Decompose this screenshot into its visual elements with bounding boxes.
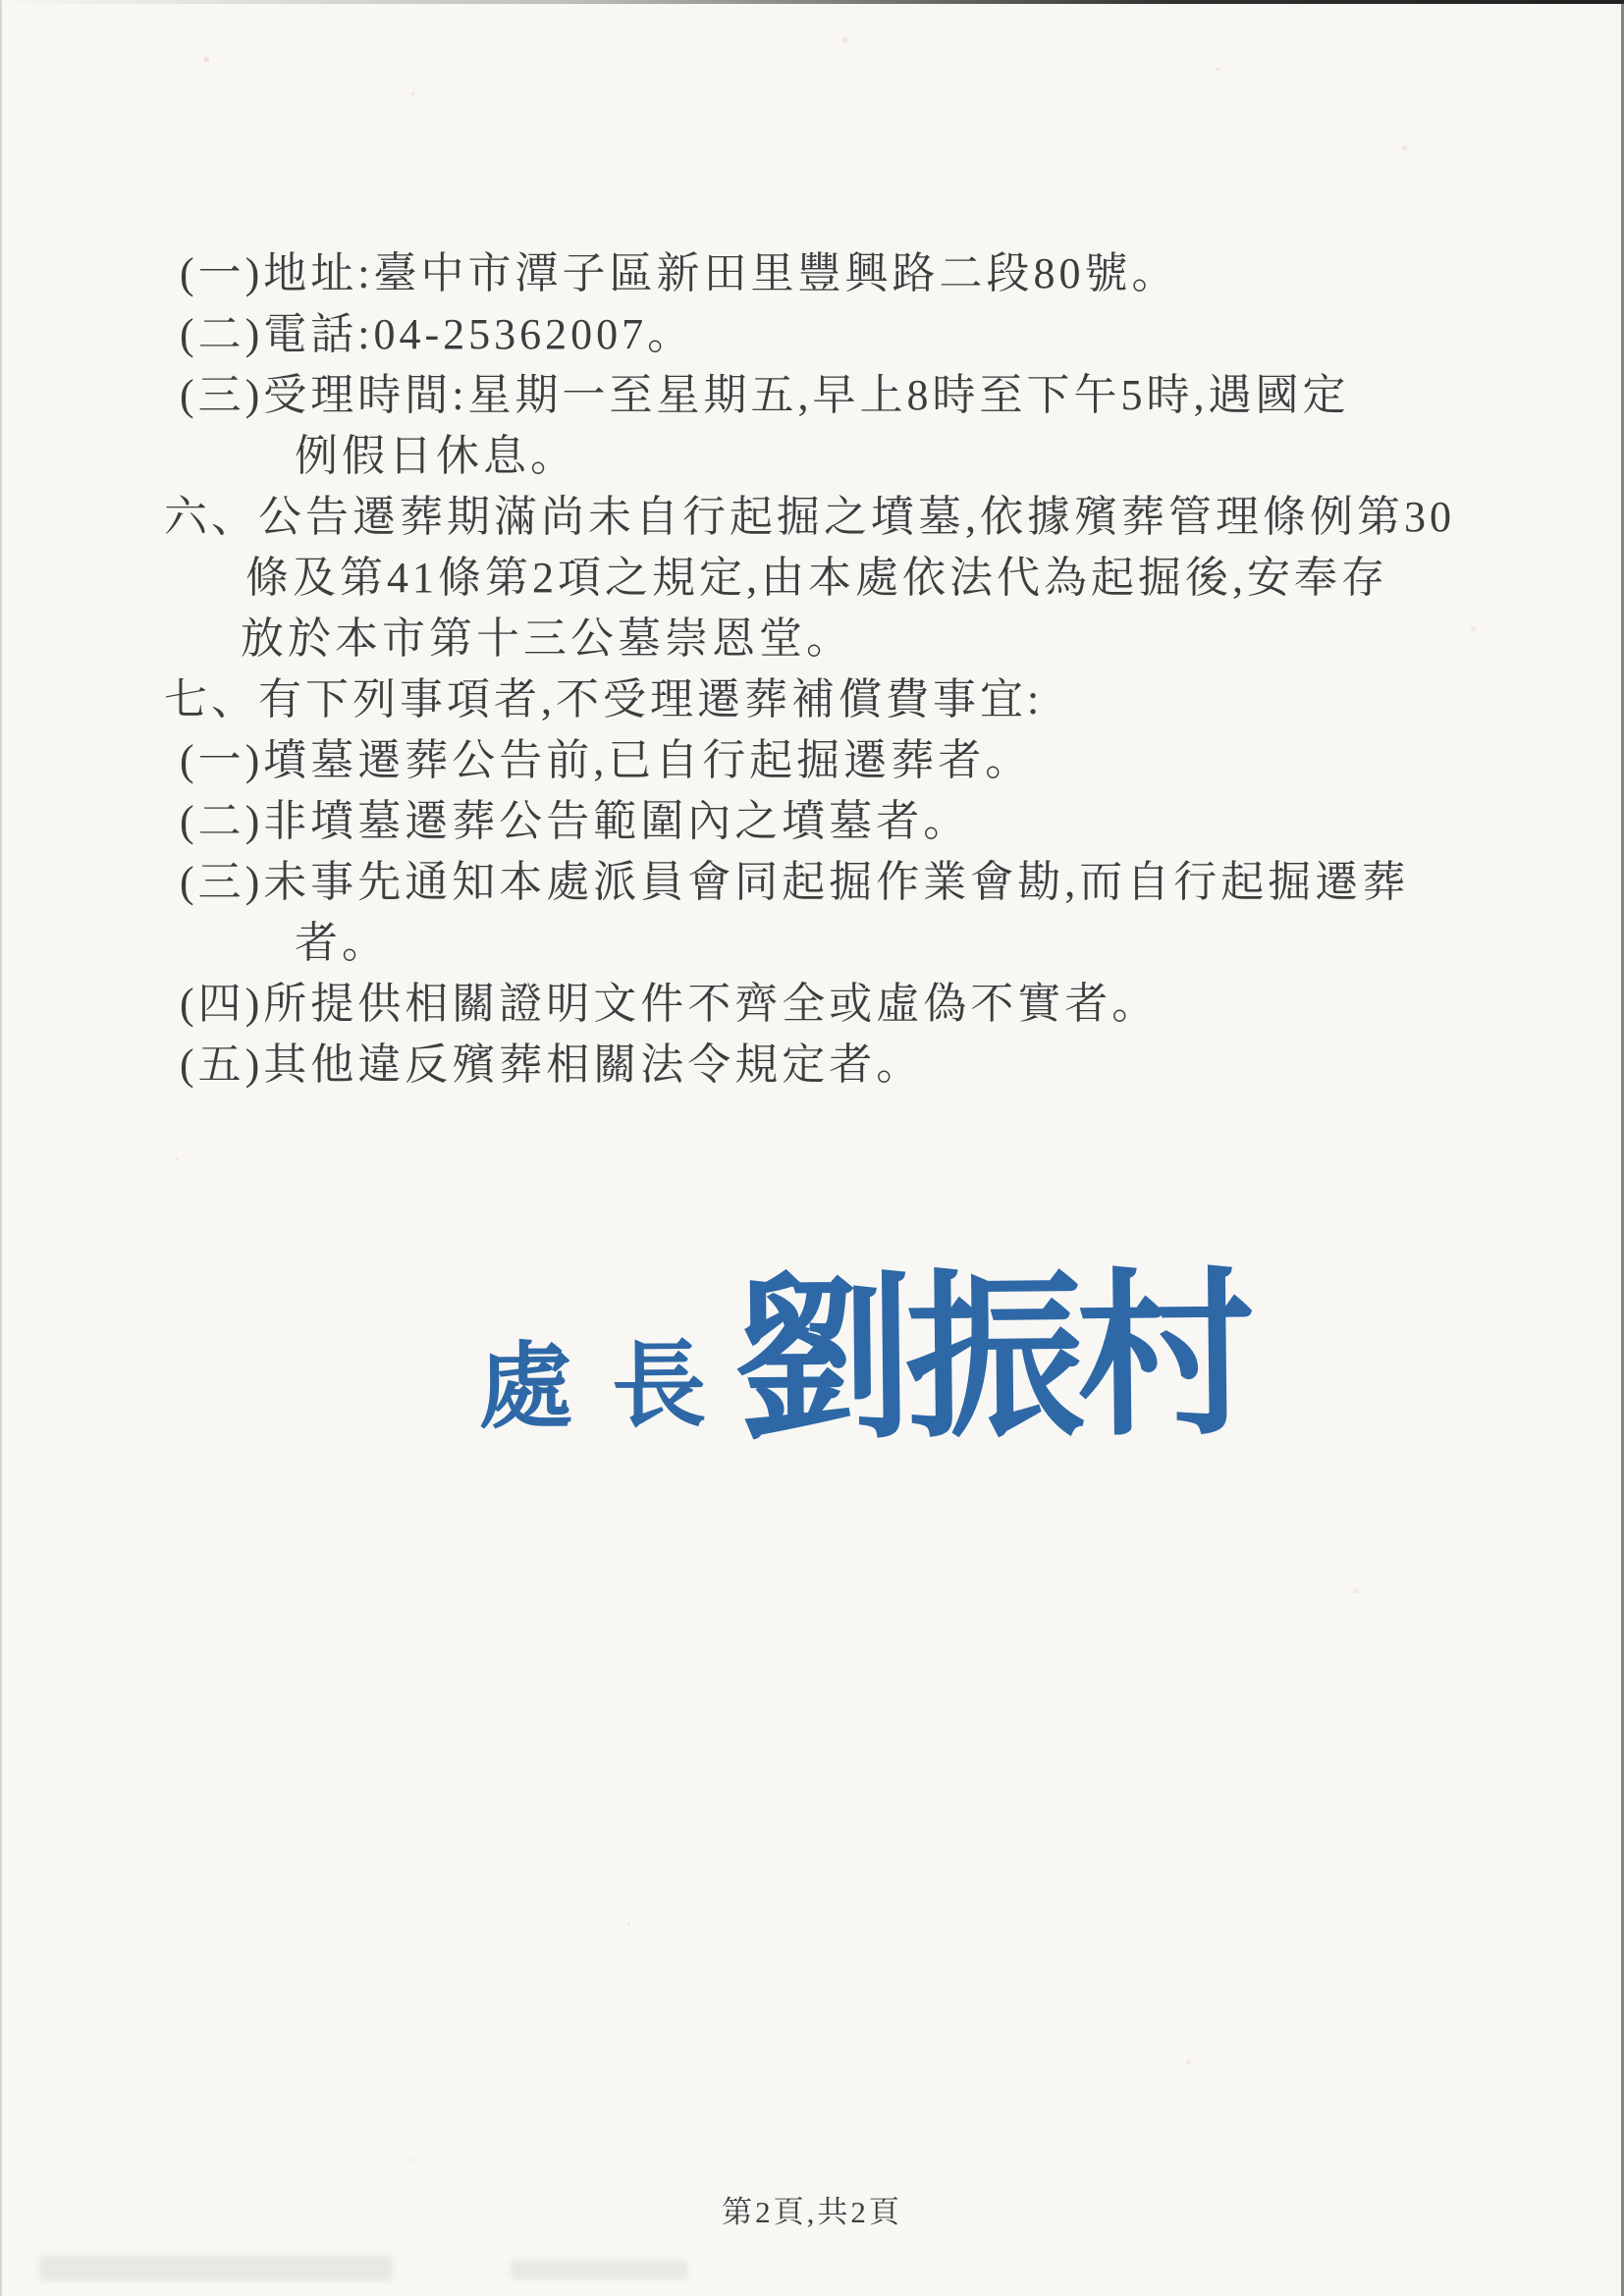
- document-line: 者。: [295, 913, 1624, 974]
- scan-smudge: [39, 2256, 393, 2281]
- document-line: 條及第41條第2項之規定,由本處依法代為起掘後,安奉存: [245, 548, 1624, 609]
- document-line: (二)非墳墓遷葬公告範圍內之墳墓者。: [180, 791, 1624, 852]
- document-line: (四)所提供相關證明文件不齊全或虛偽不實者。: [180, 974, 1624, 1035]
- document-line: (二)電話:04-25362007。: [180, 304, 1624, 365]
- document-line: 六、公告遷葬期滿尚未自行起掘之墳墓,依據殯葬管理條例第30: [164, 487, 1624, 548]
- director-name-signature: 劉振村: [733, 1212, 1249, 1473]
- scanned-document-page: (一)地址:臺中市潭子區新田里豐興路二段80號。 (二)電話:04-253620…: [0, 0, 1624, 2296]
- document-line: (五)其他違反殯葬相關法令規定者。: [180, 1035, 1624, 1095]
- director-title-stamp: 處長: [477, 1310, 745, 1447]
- page-number-indicator: 第2頁,共2頁: [0, 2187, 1624, 2231]
- document-line: (三)受理時間:星期一至星期五,早上8時至下午5時,遇國定: [180, 365, 1624, 426]
- document-line: (三)未事先通知本處派員會同起掘作業會勘,而自行起掘遷葬: [180, 852, 1624, 913]
- document-line: (一)墳墓遷葬公告前,已自行起掘遷葬者。: [180, 730, 1624, 791]
- document-line: (一)地址:臺中市潭子區新田里豐興路二段80號。: [180, 243, 1624, 304]
- scan-noise-speckles: [0, 0, 1, 1]
- document-line: 七、有下列事項者,不受理遷葬補償費事宜:: [164, 669, 1624, 730]
- document-line: 例假日休息。: [295, 426, 1624, 487]
- scan-smudge: [511, 2260, 687, 2279]
- document-line: 放於本市第十三公墓崇恩堂。: [241, 609, 1624, 669]
- document-body: (一)地址:臺中市潭子區新田里豐興路二段80號。 (二)電話:04-253620…: [0, 243, 1624, 1095]
- scan-edge-top: [0, 0, 1624, 4]
